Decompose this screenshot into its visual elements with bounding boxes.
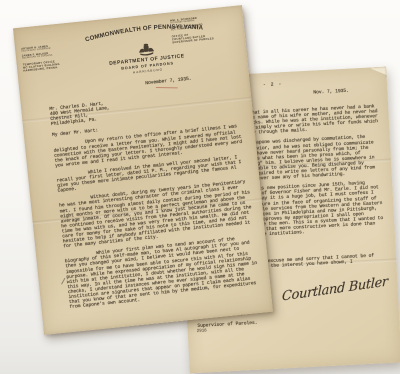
letters-photo: - 2 - Nov. 7, 1935. I might add that in … [0,0,400,374]
office-address: TEMPORARY OFFICE MC CLATCHY BUILDING HAR… [23,57,82,73]
letterhead-left-block: ARTHUR H. JAMES LIEUTENANT GOVERNOR JAME… [21,42,81,74]
letter-page-1: ARTHUR H. JAMES LIEUTENANT GOVERNOR JAME… [13,5,273,335]
letter-date-page2: Nov. 7, 1935. [313,89,349,96]
arched-commonwealth-text: COMMONWEALTH OF PENNSYLVANIA [76,16,213,45]
letter-body-page1: Mr. Charles D. Hart, 400 West Mermaid La… [49,88,261,311]
pencil-tick-mark [61,278,65,285]
pencil-notation: 2916 [197,328,207,334]
pennsylvania-coat-of-arms-icon [137,42,155,57]
commonwealth-title: COMMONWEALTH OF PENNSYLVANIA [84,19,205,44]
svg-text:COMMONWEALTH OF PENNSYLVANIA: COMMONWEALTH OF PENNSYLVANIA [84,19,205,44]
letterhead-center-block: COMMONWEALTH OF PENNSYLVANIA DEPARTMENT … [74,16,218,80]
bent-corner [371,67,387,79]
page-number: - 2 - [263,82,283,88]
letter-date-page1: November 7, 1935. [145,77,192,87]
red-pencil-mark [156,87,178,89]
